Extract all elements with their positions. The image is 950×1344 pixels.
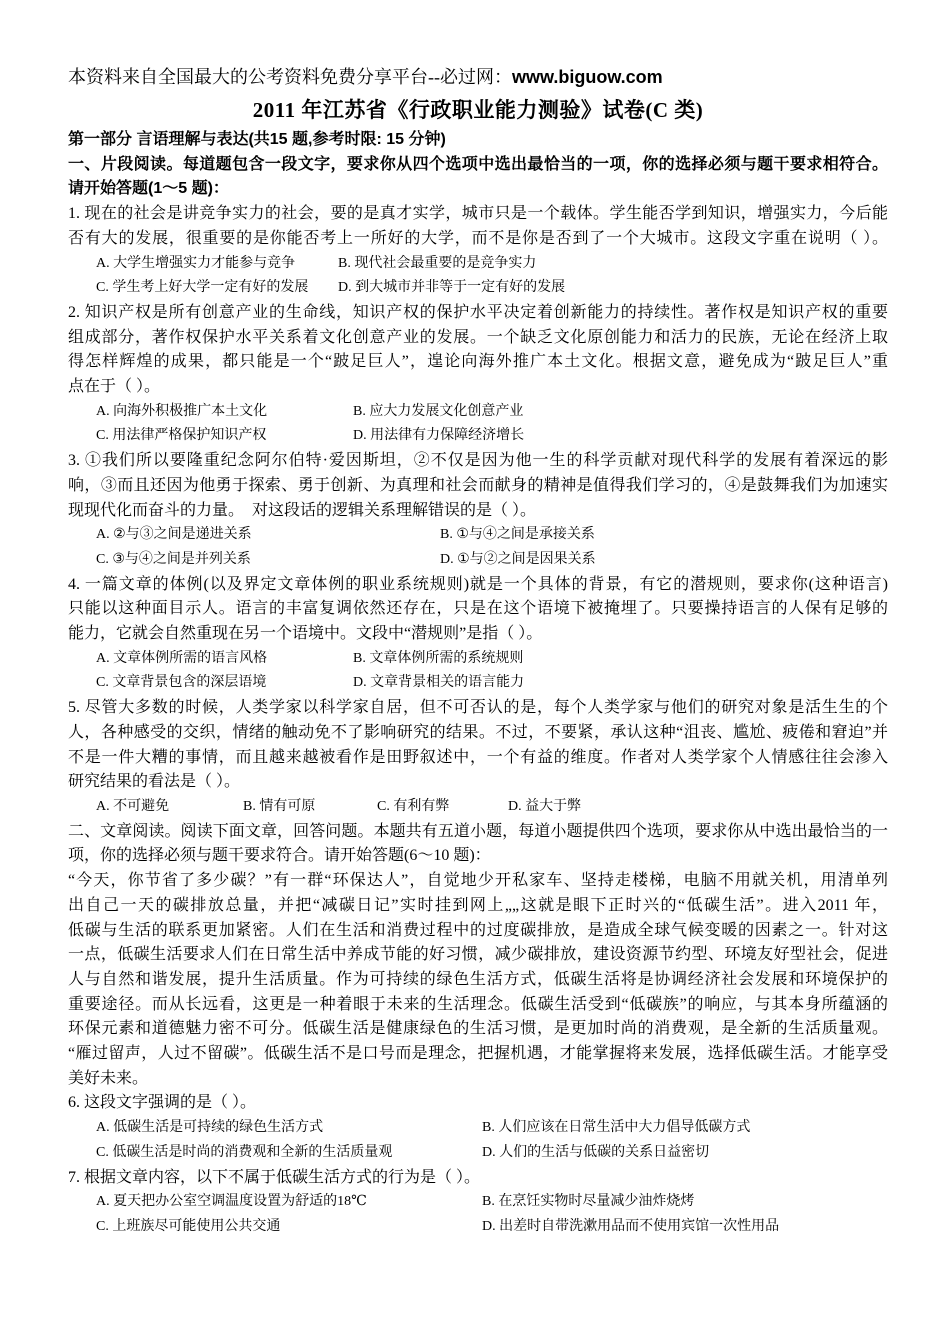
passage-line8: “雁过留声，人过不留碳”。低碳生活不是口号而是理念，把握机遇，才能掌握将来发展，… (68, 1042, 888, 1067)
question-6-option-d: D. 人们的生活与低碳的关系日益密切 (482, 1141, 709, 1166)
passage-line1: “今天，你节省了多少碳？”有一群“环保达人”，自觉地少开私家车、坚持走楼梯，电脑… (68, 869, 888, 894)
question-1-options-row2: C. 学生考上好大学一定有好的发展D. 到大城市并非等于一定有好的发展 (68, 276, 888, 301)
question-2-text-line2: 组成部分，著作权保护水平关系着文化创意产业的发展。一个缺乏文化原创能力和活力的民… (68, 326, 888, 351)
question-2-option-d: D. 用法律有力保障经济增长 (353, 424, 524, 449)
question-7-options-row2: C. 上班族尽可能使用公共交通D. 出差时自带洗漱用品而不使用宾馆一次性用品 (68, 1215, 888, 1240)
question-2-option-b: B. 应大力发展文化创意产业 (353, 400, 523, 425)
question-4-options-row2: C. 文章背景包含的深层语境D. 文章背景相关的语言能力 (68, 671, 888, 696)
passage-line4: 一点，低碳生活要求人们在日常生活中养成节能的好习惯，减少碳排放，建设资源节约型、… (68, 943, 888, 968)
question-1-option-c: C. 学生考上好大学一定有好的发展 (96, 276, 338, 301)
question-5-option-c: C. 有利有弊 (377, 795, 508, 820)
question-1-options-row1: A. 大学生增强实力才能参与竞争B. 现代社会最重要的是竞争实力 (68, 252, 888, 277)
section1-intro-line1: 一、片段阅读。每道题包含一段文字，要求你从四个选项中选出最恰当的一项，你的选择必… (68, 153, 888, 178)
question-6-options-row1: A. 低碳生活是可持续的绿色生活方式B. 人们应该在日常生活中大力倡导低碳方式 (68, 1116, 888, 1141)
question-1-text-line2: 否有大的发展，很重要的是你能否考上一所好的大学，而不是你是否到了一个大城市。这段… (68, 227, 888, 252)
question-2-option-c: C. 用法律严格保护知识产权 (96, 424, 353, 449)
question-3-text-line1: 3. ①我们所以要隆重纪念阿尔伯特·爱因斯坦，②不仅是因为他一生的科学贡献对现代… (68, 449, 888, 474)
page-title: 2011 年江苏省《行政职业能力测验》试卷(C 类) (68, 92, 888, 128)
question-2-options-row1: A. 向海外积极推广本土文化B. 应大力发展文化创意产业 (68, 400, 888, 425)
passage-line6: 重要途径。而从长远看，这更是一种着眼于未来的生活理念。低碳生活受到“低碳族”的响… (68, 993, 888, 1018)
question-5-option-a: A. 不可避免 (96, 795, 243, 820)
question-4-option-b: B. 文章体例所需的系统规则 (353, 647, 523, 672)
section2: 二、文章阅读。阅读下面文章，回答问题。本题共有五道小题，每道小题提供四个选项，要… (68, 820, 888, 869)
passage-line3: 低碳与生活的联系更加紧密。人们在生活和消费过程中的过度碳排放，是造成全球气候变暖… (68, 919, 888, 944)
section1-intro-line2: 请开始答题(1～5 题)： (68, 177, 888, 202)
question-6-stem: 6. 这段文字强调的是（ ）。 (68, 1091, 888, 1116)
question-4-option-a: A. 文章体例所需的语言风格 (96, 647, 353, 672)
question-1-option-a: A. 大学生增强实力才能参与竞争 (96, 252, 338, 277)
question-4-text-line2: 只能以这种面目示人。语言的丰富复调依然还存在，只是在这个语境下被掩埋了。只要操持… (68, 597, 888, 622)
question-4-options-row1: A. 文章体例所需的语言风格B. 文章体例所需的系统规则 (68, 647, 888, 672)
question-3-text-line2: 响，③而且还因为他勇于探索、勇于创新、为真理和社会而献身的精神是值得我们学习的，… (68, 474, 888, 499)
question-3-text-line3: 现现代化而奋斗的力量。 对这段话的逻辑关系理解错误的是（ ）。 (68, 499, 888, 524)
section2-intro-line2: 项，你的选择必须与题干要求符合。请开始答题(6～10 题)： (68, 844, 888, 869)
question-7-option-a: A. 夏天把办公室空调温度设置为舒适的18℃ (96, 1190, 482, 1215)
question-5: 5. 尽管大多数的时候，人类学家以科学家自居，但不可否认的是，每个人类学家与他们… (68, 696, 888, 820)
question-6-options-row2: C. 低碳生活是时尚的消费观和全新的生活质量观D. 人们的生活与低碳的关系日益密… (68, 1141, 888, 1166)
passage-line2: 出自己一天的碳排放总量，并把“减碳日记”实时挂到网上„„这就是眼下正时兴的“低碳… (68, 894, 888, 919)
header-note-text: 本资料来自全国最大的公考资料免费分享平台--必过网： (68, 67, 512, 87)
section2-intro-line1: 二、文章阅读。阅读下面文章，回答问题。本题共有五道小题，每道小题提供四个选项，要… (68, 820, 888, 845)
question-2-option-a: A. 向海外积极推广本土文化 (96, 400, 353, 425)
question-6-option-b: B. 人们应该在日常生活中大力倡导低碳方式 (482, 1116, 750, 1141)
header-note: 本资料来自全国最大的公考资料免费分享平台--必过网：www.biguow.com (68, 62, 888, 92)
question-5-text-line4: 研究结果的看法是（ ）。 (68, 770, 888, 795)
question-2-text-line4: 点在于（ ）。 (68, 375, 888, 400)
passage-line9: 美好未来。 (68, 1067, 888, 1092)
document-body: 第一部分 言语理解与表达(共15 题,参考时限: 15 分钟) 一、片段阅读。每… (68, 128, 888, 1240)
question-5-option-d: D. 益大于弊 (508, 795, 581, 820)
question-3-option-a: A. ②与③之间是递进关系 (96, 523, 440, 548)
question-4-option-d: D. 文章背景相关的语言能力 (353, 671, 524, 696)
question-7-option-c: C. 上班族尽可能使用公共交通 (96, 1215, 482, 1240)
question-6-option-a: A. 低碳生活是可持续的绿色生活方式 (96, 1116, 482, 1141)
question-3-option-c: C. ③与④之间是并列关系 (96, 548, 440, 573)
question-2: 2. 知识产权是所有创意产业的生命线，知识产权的保护水平决定着创新能力的持续性。… (68, 301, 888, 449)
question-5-text-line3: 不是一件大糟的事情，而且越来越被看作是田野叙述中，一个有益的维度。作者对人类学家… (68, 746, 888, 771)
question-1-option-b: B. 现代社会最重要的是竞争实力 (338, 252, 536, 277)
document-page: 本资料来自全国最大的公考资料免费分享平台--必过网：www.biguow.com… (0, 0, 950, 1344)
question-2-text-line3: 得怎样辉煌的成果，都只能是一个“跛足巨人”，遑论向海外推广本土文化。根据文意，避… (68, 350, 888, 375)
question-7-stem: 7. 根据文章内容，以下不属于低碳生活方式的行为是（ ）。 (68, 1166, 888, 1191)
reading-passage: “今天，你节省了多少碳？”有一群“环保达人”，自觉地少开私家车、坚持走楼梯，电脑… (68, 869, 888, 1091)
question-7-options-row1: A. 夏天把办公室空调温度设置为舒适的18℃B. 在烹饪实物时尽量减少油炸烧烤 (68, 1190, 888, 1215)
part1-heading: 第一部分 言语理解与表达(共15 题,参考时限: 15 分钟) (68, 128, 888, 153)
section1: 一、片段阅读。每道题包含一段文字，要求你从四个选项中选出最恰当的一项，你的选择必… (68, 153, 888, 202)
question-4-text-line1: 4. 一篇文章的体例(以及界定文章体例的职业系统规则)就是一个具体的背景，有它的… (68, 573, 888, 598)
question-3-options-row1: A. ②与③之间是递进关系B. ①与④之间是承接关系 (68, 523, 888, 548)
question-1: 1. 现在的社会是讲竞争实力的社会，要的是真才实学，城市只是一个载体。学生能否学… (68, 202, 888, 301)
question-6-option-c: C. 低碳生活是时尚的消费观和全新的生活质量观 (96, 1141, 482, 1166)
question-5-options-row1: A. 不可避免B. 情有可原C. 有利有弊D. 益大于弊 (68, 795, 888, 820)
question-3-option-b: B. ①与④之间是承接关系 (440, 523, 595, 548)
question-2-options-row2: C. 用法律严格保护知识产权D. 用法律有力保障经济增长 (68, 424, 888, 449)
passage-line7: 环保元素和道德魅力密不可分。低碳生活是健康绿色的生活习惯，是更加时尚的消费观，是… (68, 1017, 888, 1042)
question-7-option-b: B. 在烹饪实物时尽量减少油炸烧烤 (482, 1190, 694, 1215)
question-5-option-b: B. 情有可原 (243, 795, 377, 820)
question-3-options-row2: C. ③与④之间是并列关系D. ①与②之间是因果关系 (68, 548, 888, 573)
question-3-option-d: D. ①与②之间是因果关系 (440, 548, 596, 573)
question-5-text-line2: 人，各种感受的交织，情绪的触动免不了影响研究的结果。不过，不要紧，承认这种“沮丧… (68, 721, 888, 746)
question-4: 4. 一篇文章的体例(以及界定文章体例的职业系统规则)就是一个具体的背景，有它的… (68, 573, 888, 697)
question-2-text-line1: 2. 知识产权是所有创意产业的生命线，知识产权的保护水平决定着创新能力的持续性。… (68, 301, 888, 326)
question-5-text-line1: 5. 尽管大多数的时候，人类学家以科学家自居，但不可否认的是，每个人类学家与他们… (68, 696, 888, 721)
question-7-option-d: D. 出差时自带洗漱用品而不使用宾馆一次性用品 (482, 1215, 779, 1240)
question-4-text-line3: 能力，它就会自然重现在另一个语境中。文段中“潜规则”是指（ ）。 (68, 622, 888, 647)
header-site-url[interactable]: www.biguow.com (512, 67, 663, 87)
question-1-option-d: D. 到大城市并非等于一定有好的发展 (338, 276, 565, 301)
passage-line5: 人与自然和谐发展，提升生活质量。作为可持续的绿色生活方式，低碳生活将是协调经济社… (68, 968, 888, 993)
question-3: 3. ①我们所以要隆重纪念阿尔伯特·爱因斯坦，②不仅是因为他一生的科学贡献对现代… (68, 449, 888, 573)
question-6: 6. 这段文字强调的是（ ）。 A. 低碳生活是可持续的绿色生活方式B. 人们应… (68, 1091, 888, 1165)
question-7: 7. 根据文章内容，以下不属于低碳生活方式的行为是（ ）。 A. 夏天把办公室空… (68, 1166, 888, 1240)
question-1-text-line1: 1. 现在的社会是讲竞争实力的社会，要的是真才实学，城市只是一个载体。学生能否学… (68, 202, 888, 227)
question-4-option-c: C. 文章背景包含的深层语境 (96, 671, 353, 696)
